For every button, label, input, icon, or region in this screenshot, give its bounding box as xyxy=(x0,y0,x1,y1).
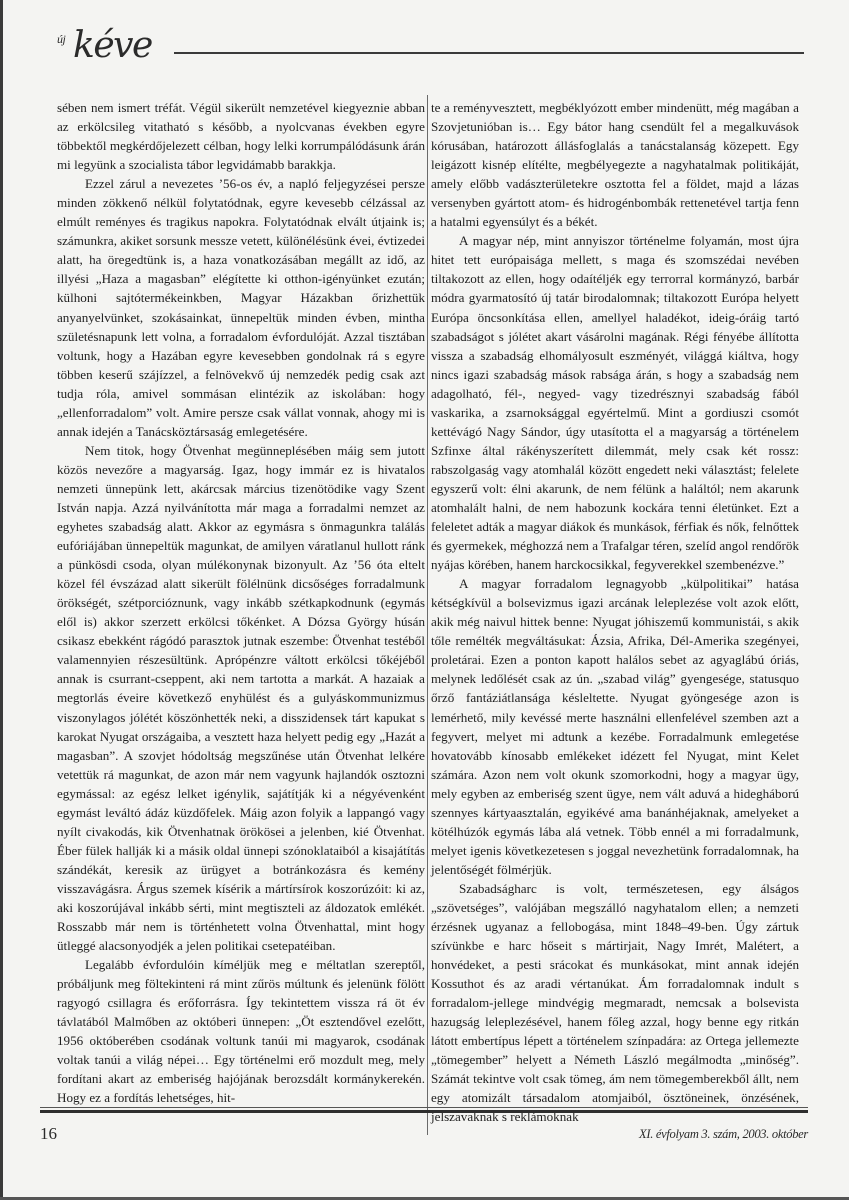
paragraph: Legalább évfordulóin kíméljük meg e mélt… xyxy=(57,955,425,1107)
left-column: sében nem ismert tréfát. Végül sikerült … xyxy=(57,98,425,1107)
footer-rule xyxy=(40,1107,808,1108)
footer-rule xyxy=(40,1110,808,1113)
paragraph: A magyar forradalom legnagyobb „külpolit… xyxy=(431,574,799,879)
masthead-title: kéve xyxy=(73,26,152,66)
masthead-rule xyxy=(174,52,804,54)
paragraph: te a reményvesztett, megbéklyózott ember… xyxy=(431,98,799,231)
paragraph: Szabadságharc is volt, természetesen, eg… xyxy=(431,879,799,1127)
paragraph: A magyar nép, mint annyiszor történelme … xyxy=(431,231,799,574)
masthead-prefix: új xyxy=(57,32,65,47)
right-column: te a reményvesztett, megbéklyózott ember… xyxy=(431,98,799,1127)
masthead: új kéve xyxy=(57,22,804,82)
column-divider xyxy=(427,95,428,1135)
paragraph: sében nem ismert tréfát. Végül sikerült … xyxy=(57,98,425,174)
paragraph: Ezzel zárul a nevezetes ’56-os év, a nap… xyxy=(57,174,425,441)
page-number: 16 xyxy=(40,1124,57,1144)
paragraph: Nem titok, hogy Ötvenhat megünneplésében… xyxy=(57,441,425,955)
issue-info: XI. évfolyam 3. szám, 2003. október xyxy=(639,1127,808,1142)
page-edge xyxy=(0,0,3,1200)
